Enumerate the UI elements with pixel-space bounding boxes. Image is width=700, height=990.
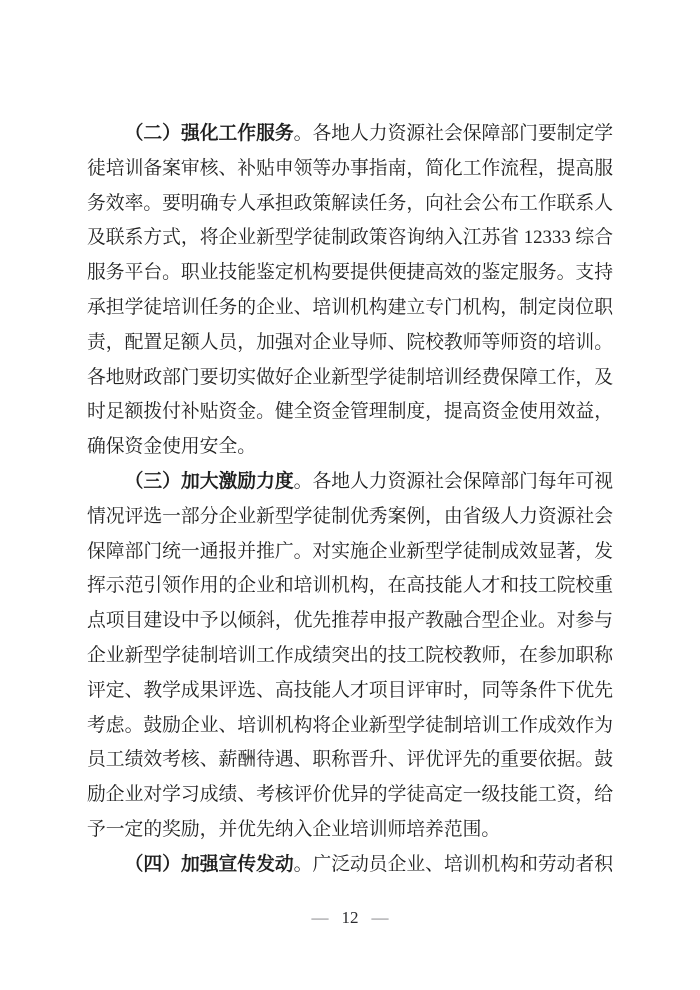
body-line: 务效率。要明确专人承担政策解读任务，向社会公布工作联系人	[87, 187, 613, 222]
body-line: 各地财政部门要切实做好企业新型学徒制培训经费保障工作，及	[87, 361, 613, 396]
document-page: （二）强化工作服务。各地人力资源社会保障部门要制定学 徒培训备案审核、补贴申领等…	[0, 0, 700, 990]
page-number-dash-right: —	[372, 908, 389, 928]
body-line: 评定、教学成果评选、高技能人才项目评审时，同等条件下优先	[87, 674, 613, 709]
section-heading-line: （三）加大激励力度。各地人力资源社会保障部门每年可视	[87, 465, 613, 500]
body-line-paragraph-end: 予一定的奖励，并优先纳入企业培训师培养范围。	[87, 813, 613, 848]
body-line: 保障部门统一通报并推广。对实施企业新型学徒制成效显著，发	[87, 535, 613, 570]
body-line: 情况评选一部分企业新型学徒制优秀案例，由省级人力资源社会	[87, 500, 613, 535]
body-line: 时足额拨付补贴资金。健全资金管理制度，提高资金使用效益，	[87, 395, 613, 430]
body-text: 。广泛动员企业、培训机构和劳动者积	[294, 854, 613, 875]
body-line: 服务平台。职业技能鉴定机构要提供便捷高效的鉴定服务。支持	[87, 256, 613, 291]
body-line: 责，配置足额人员，加强对企业导师、院校教师等师资的培训。	[87, 326, 613, 361]
body-line: 承担学徒培训任务的企业、培训机构建立专门机构，制定岗位职	[87, 291, 613, 326]
page-number: 12	[342, 908, 359, 928]
page-number-dash-left: —	[312, 908, 329, 928]
body-line: 点项目建设中予以倾斜，优先推荐申报产教融合型企业。对参与	[87, 604, 613, 639]
body-line: 员工绩效考核、薪酬待遇、职称晋升、评优评先的重要依据。鼓	[87, 743, 613, 778]
body-text: 。各地人力资源社会保障部门要制定学	[294, 123, 613, 144]
body-line: 励企业对学习成绩、考核评价优异的学徒高定一级技能工资，给	[87, 778, 613, 813]
body-line: 挥示范引领作用的企业和培训机构，在高技能人才和技工院校重	[87, 569, 613, 604]
section-heading-line: （四）加强宣传发动。广泛动员企业、培训机构和劳动者积	[87, 848, 613, 883]
body-line: 考虑。鼓励企业、培训机构将企业新型学徒制培训工作成效作为	[87, 709, 613, 744]
section-heading-line: （二）强化工作服务。各地人力资源社会保障部门要制定学	[87, 117, 613, 152]
section-heading: （二）强化工作服务	[125, 123, 294, 144]
body-line-paragraph-end: 确保资金使用安全。	[87, 430, 613, 465]
section-heading: （三）加大激励力度	[125, 471, 294, 492]
body-text: 。各地人力资源社会保障部门每年可视	[294, 471, 613, 492]
page-footer: — 12 —	[0, 908, 700, 928]
document-body: （二）强化工作服务。各地人力资源社会保障部门要制定学 徒培训备案审核、补贴申领等…	[87, 117, 613, 883]
body-line: 企业新型学徒制培训工作成绩突出的技工院校教师，在参加职称	[87, 639, 613, 674]
body-line: 徒培训备案审核、补贴申领等办事指南，简化工作流程，提高服	[87, 152, 613, 187]
body-line: 及联系方式，将企业新型学徒制政策咨询纳入江苏省 12333 综合	[87, 221, 613, 256]
section-heading: （四）加强宣传发动	[125, 854, 294, 875]
